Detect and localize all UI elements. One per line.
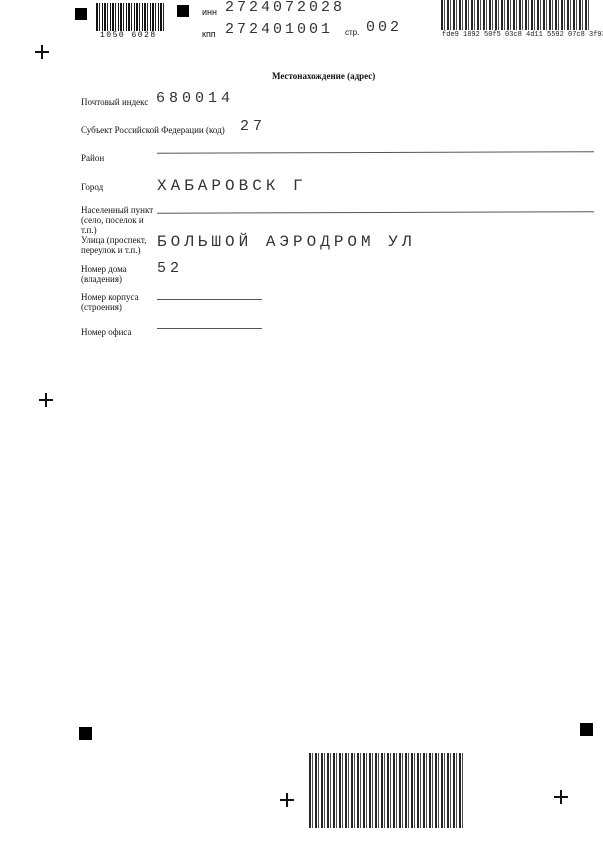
inn-label: ИНН [202,7,217,17]
registration-mark-square [75,8,87,20]
house-value: 52 [157,260,183,277]
postal-code-value: 680014 [156,90,234,107]
locality-label: Населенный пункт (село, поселок и т.п.) [81,205,161,235]
district-field-line [157,151,594,154]
inn-value: 2724072028 [225,0,345,16]
pdf-barcode-hash: fde9 1892 50f5 03c8 4d11 5592 07c8 3f93 [442,31,603,39]
section-title: Местонахождение (адрес) [272,71,375,81]
building-field-line [157,299,262,300]
pdf417-barcode-bottom [309,753,464,828]
registration-mark-square [79,727,92,740]
page-value: 002 [366,19,402,36]
region-label: Субъект Российской Федерации (код) [81,125,225,135]
pdf417-barcode [441,0,591,30]
locality-field-line [157,211,594,214]
linear-barcode [96,3,164,31]
city-label: Город [81,182,103,192]
region-value: 27 [240,118,266,135]
registration-cross [35,45,49,59]
postal-code-label: Почтовый индекс [81,97,148,107]
registration-mark-square [580,723,593,736]
registration-cross [554,790,568,804]
kpp-label: КПП [202,29,216,39]
registration-mark-square [177,5,189,17]
city-value: ХАБАРОВСК Г [157,177,307,195]
office-label: Номер офиса [81,327,132,337]
barcode-number: 1050 6028 [100,31,157,40]
house-label: Номер дома (владения) [81,264,141,284]
office-field-line [157,328,262,329]
street-label: Улица (проспект, переулок и т.п.) [81,235,155,255]
kpp-value: 272401001 [225,21,333,38]
page-label: Стр. [345,28,359,37]
district-label: Район [81,153,104,163]
street-value: БОЛЬШОЙ АЭРОДРОМ УЛ [157,233,415,251]
building-label: Номер корпуса (строения) [81,292,145,312]
registration-cross [280,793,294,807]
registration-cross [39,393,53,407]
